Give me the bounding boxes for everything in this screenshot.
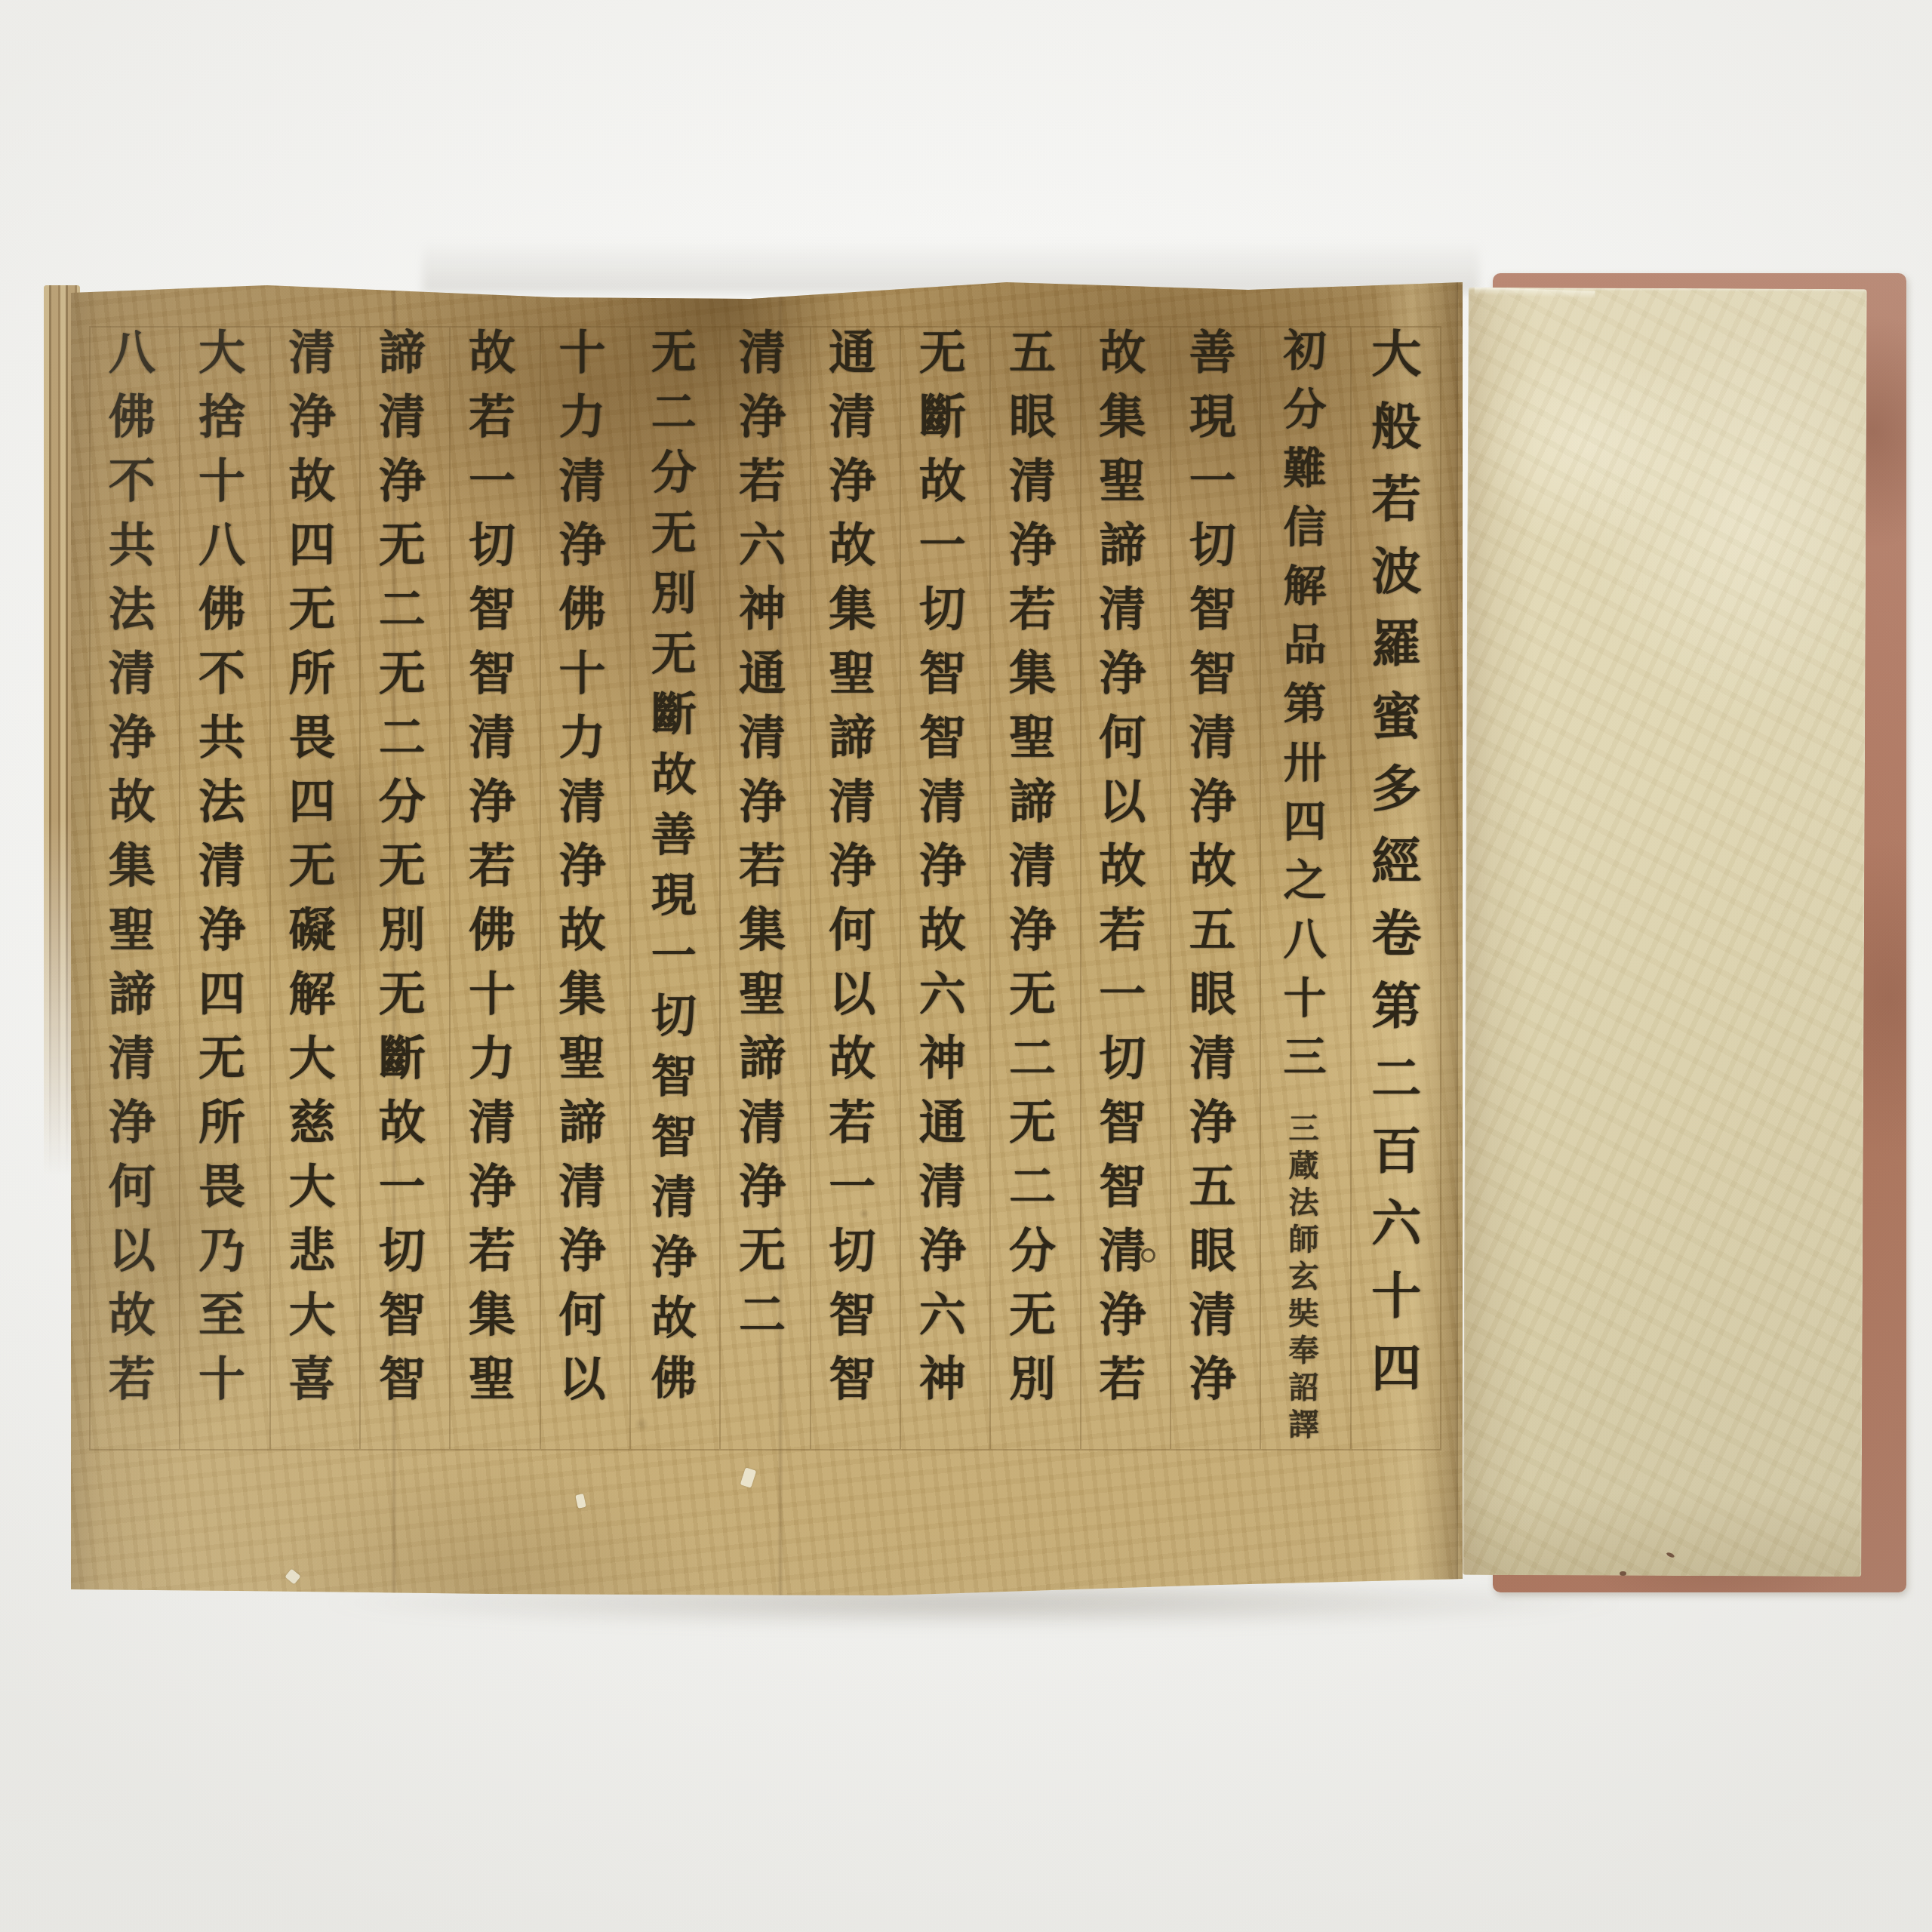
chapter-line: 初分難信解品第卅四之八十三三蔵法師玄奘奉詔譯 xyxy=(1270,328,1341,1445)
text-column-8: 十力清浄佛十力清浄故集聖諦清浄何以 xyxy=(540,328,629,1449)
text-column-4: 无斷故一切智智清浄故六神通清浄六神 xyxy=(900,328,989,1449)
text-column-7: 无二分无別无斷故善現一切智智清浄故佛 xyxy=(629,328,719,1449)
interleaf-sheet-edge xyxy=(1475,288,1595,299)
column-text: 清浄故四无所畏四无礙解大慈大悲大喜 xyxy=(275,328,355,1418)
text-column-6: 清浄若六神通清浄若集聖諦清浄无二 xyxy=(719,328,809,1449)
text-column-5: 通清浄故集聖諦清浄何以故若一切智智 xyxy=(810,328,900,1449)
blank-facing-page xyxy=(1463,288,1866,1577)
fold-cast-shadow xyxy=(423,240,1479,293)
dirt-speck xyxy=(1620,1571,1626,1576)
column-text: 无二分无別无斷故善現一切智智清浄故佛 xyxy=(638,328,713,1414)
paper-chip xyxy=(285,1568,300,1584)
column-text: 八佛不共法清浄故集聖諦清浄何以故若 xyxy=(94,328,175,1418)
text-column-9: 故若一切智智清浄若佛十力清浄若集聖 xyxy=(449,328,539,1449)
written-sutra-page: 大般若波羅蜜多經卷第二百六十四 初分難信解品第卅四之八十三三蔵法師玄奘奉詔譯 善… xyxy=(71,279,1463,1595)
column-text: 大捨十八佛不共法清浄四无所畏乃至十 xyxy=(185,328,266,1418)
column-text: 諦清浄无二无二分无別无斷故一切智智 xyxy=(365,328,445,1418)
correction-dot-mark xyxy=(1141,1248,1155,1263)
text-column-12: 大捨十八佛不共法清浄四无所畏乃至十 xyxy=(179,328,269,1449)
photo-backdrop: 大般若波羅蜜多經卷第二百六十四 初分難信解品第卅四之八十三三蔵法師玄奘奉詔譯 善… xyxy=(0,0,1932,1932)
scroll-title-text: 大般若波羅蜜多經卷第二百六十四 xyxy=(1356,328,1435,1414)
column-text: 善現一切智智清浄故五眼清浄五眼清浄 xyxy=(1175,328,1256,1418)
text-column-10: 諦清浄无二无二分无別无斷故一切智智 xyxy=(359,328,449,1449)
column-text: 故若一切智智清浄若佛十力清浄若集聖 xyxy=(455,328,536,1418)
paper-chip xyxy=(740,1467,757,1487)
text-column-11: 清浄故四无所畏四无礙解大慈大悲大喜 xyxy=(269,328,359,1449)
column-text: 十力清浄佛十力清浄故集聖諦清浄何以 xyxy=(545,328,626,1418)
chapter-heading-column: 初分難信解品第卅四之八十三三蔵法師玄奘奉詔譯 xyxy=(1260,328,1349,1449)
column-text: 无斷故一切智智清浄故六神通清浄六神 xyxy=(905,328,986,1418)
text-column-3: 五眼清浄若集聖諦清浄无二无二分无別 xyxy=(989,328,1079,1449)
chapter-heading-text: 初分難信解品第卅四之八十三 xyxy=(1276,328,1326,1093)
text-column-1: 善現一切智智清浄故五眼清浄五眼清浄 xyxy=(1170,328,1260,1449)
text-column-13: 八佛不共法清浄故集聖諦清浄何以故若 xyxy=(89,328,179,1449)
column-text: 清浄若六神通清浄若集聖諦清浄无二 xyxy=(725,328,806,1354)
translator-credit-text: 三蔵法師玄奘奉詔譯 xyxy=(1284,1112,1318,1445)
scroll-title-column: 大般若波羅蜜多經卷第二百六十四 xyxy=(1350,328,1440,1449)
column-text: 五眼清浄若集聖諦清浄无二无二分无別 xyxy=(995,328,1076,1418)
column-text: 通清浄故集聖諦清浄何以故若一切智智 xyxy=(815,328,896,1418)
ruled-text-grid: 大般若波羅蜜多經卷第二百六十四 初分難信解品第卅四之八十三三蔵法師玄奘奉詔譯 善… xyxy=(89,326,1441,1451)
paper-chip xyxy=(575,1494,586,1509)
text-column-2: 故集聖諦清浄何以故若一切智智清浄若 xyxy=(1080,328,1170,1449)
